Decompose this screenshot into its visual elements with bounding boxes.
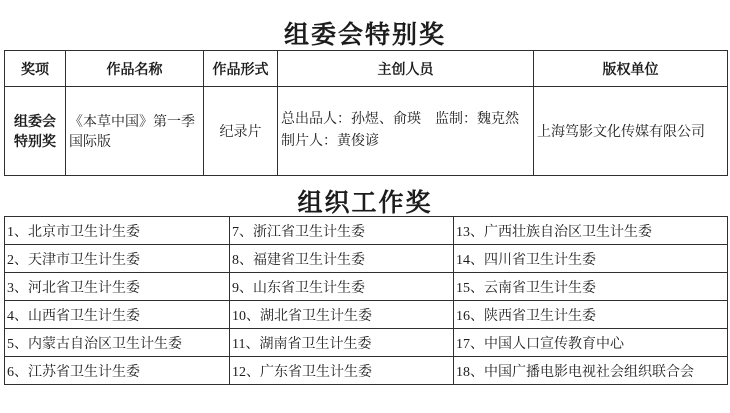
creators-line-1: 总出品人：孙煜、俞瑛 监制：魏克然	[281, 109, 530, 131]
work-form-cell: 纪录片	[204, 87, 278, 176]
org-award-row: 2、天津市卫生计生委 8、福建省卫生计生委 14、四川省卫生计生委	[5, 245, 728, 273]
header-work-name: 作品名称	[66, 51, 204, 87]
org-award-cell: 5、内蒙古自治区卫生计生委	[5, 329, 230, 357]
creators-cell: 总出品人：孙煜、俞瑛 监制：魏克然 制片人：黄俊谚	[278, 87, 534, 176]
org-award-cell: 17、中国人口宣传教育中心	[454, 329, 728, 357]
org-award-row: 5、内蒙古自治区卫生计生委 11、湖南省卫生计生委 17、中国人口宣传教育中心	[5, 329, 728, 357]
award-line-2: 特别奖	[8, 131, 62, 151]
org-award-cell: 8、福建省卫生计生委	[230, 245, 454, 273]
org-award-row: 3、河北省卫生计生委 9、山东省卫生计生委 15、云南省卫生计生委	[5, 273, 728, 301]
org-award-cell: 4、山西省卫生计生委	[5, 301, 230, 329]
org-award-cell: 1、北京市卫生计生委	[5, 217, 230, 245]
org-award-cell: 15、云南省卫生计生委	[454, 273, 728, 301]
work-name-cell: 《本草中国》第一季国际版	[66, 87, 204, 176]
header-award: 奖项	[5, 51, 66, 87]
header-work-form: 作品形式	[204, 51, 278, 87]
org-award-cell: 2、天津市卫生计生委	[5, 245, 230, 273]
organization-award-table: 1、北京市卫生计生委 7、浙江省卫生计生委 13、广西壮族自治区卫生计生委 2、…	[4, 216, 728, 385]
org-award-cell: 7、浙江省卫生计生委	[230, 217, 454, 245]
org-award-cell: 13、广西壮族自治区卫生计生委	[454, 217, 728, 245]
special-award-table: 奖项 作品名称 作品形式 主创人员 版权单位 组委会 特别奖 《本草中国》第一季…	[4, 50, 728, 176]
org-award-cell: 3、河北省卫生计生委	[5, 273, 230, 301]
org-award-cell: 9、山东省卫生计生委	[230, 273, 454, 301]
creators-line-2: 制片人：黄俊谚	[281, 131, 530, 153]
header-copyright-unit: 版权单位	[534, 51, 728, 87]
special-award-title: 组委会特别奖	[0, 0, 730, 50]
special-award-data-row: 组委会 特别奖 《本草中国》第一季国际版 纪录片 总出品人：孙煜、俞瑛 监制：魏…	[5, 87, 728, 176]
copyright-unit-cell: 上海笃影文化传媒有限公司	[534, 87, 728, 176]
org-award-row: 6、江苏省卫生计生委 12、广东省卫生计生委 18、中国广播电影电视社会组织联合…	[5, 357, 728, 385]
org-award-cell: 11、湖南省卫生计生委	[230, 329, 454, 357]
org-award-row: 4、山西省卫生计生委 10、湖北省卫生计生委 16、陕西省卫生计生委	[5, 301, 728, 329]
org-award-cell: 18、中国广播电影电视社会组织联合会	[454, 357, 728, 385]
organization-award-title: 组织工作奖	[0, 176, 730, 216]
org-award-cell: 10、湖北省卫生计生委	[230, 301, 454, 329]
org-award-cell: 12、广东省卫生计生委	[230, 357, 454, 385]
org-award-cell: 16、陕西省卫生计生委	[454, 301, 728, 329]
award-cell: 组委会 特别奖	[5, 87, 66, 176]
award-line-1: 组委会	[8, 111, 62, 131]
org-award-cell: 14、四川省卫生计生委	[454, 245, 728, 273]
org-award-cell: 6、江苏省卫生计生委	[5, 357, 230, 385]
org-award-row: 1、北京市卫生计生委 7、浙江省卫生计生委 13、广西壮族自治区卫生计生委	[5, 217, 728, 245]
special-award-header-row: 奖项 作品名称 作品形式 主创人员 版权单位	[5, 51, 728, 87]
header-creators: 主创人员	[278, 51, 534, 87]
document-page: 组委会特别奖 奖项 作品名称 作品形式 主创人员 版权单位 组委会 特别奖 《本…	[0, 0, 730, 413]
